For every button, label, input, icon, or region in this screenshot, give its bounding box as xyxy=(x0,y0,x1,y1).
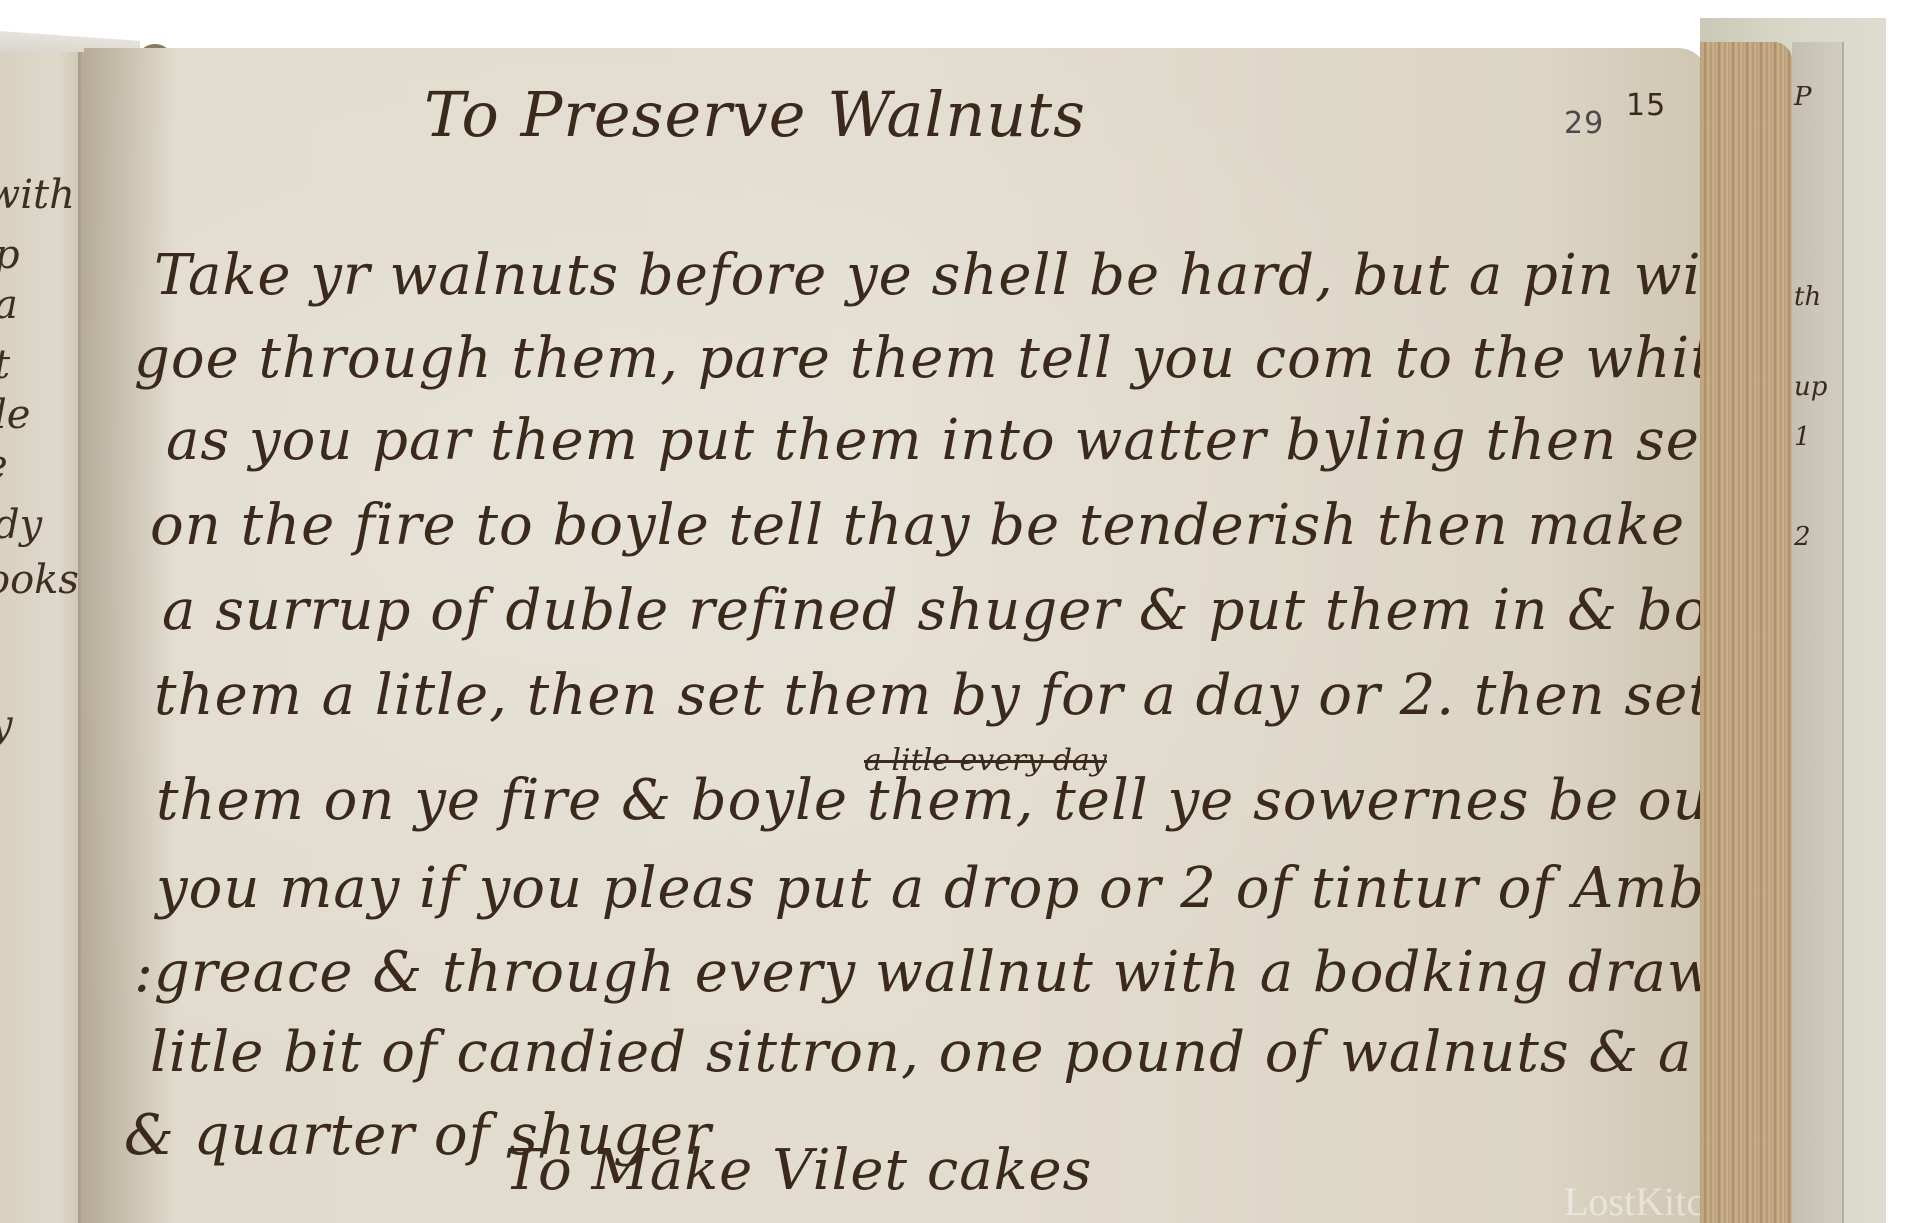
watermark: LostKitchenScrolls.org xyxy=(1564,1178,1708,1223)
recipe-line: litle bit of candied sittron, one pound … xyxy=(150,1020,1708,1085)
page-edges-stack xyxy=(1700,42,1792,1223)
edge-fragment: P xyxy=(1794,82,1812,112)
page-number: 29 xyxy=(1564,106,1604,141)
recipe-line: a surrup of duble refined shuger & put t… xyxy=(162,578,1708,643)
facing-leaf-edge: P th up 1 2 xyxy=(1792,42,1844,1223)
recipe-line: goe through them, pare them tell you com… xyxy=(134,326,1708,391)
recipe-line: as you par them put them into watter byl… xyxy=(166,408,1708,473)
manuscript-page: To Preserve Walnuts 29 15 Take yr walnut… xyxy=(84,48,1708,1223)
edge-fragment: 2 xyxy=(1794,522,1811,552)
left-fragment: e xyxy=(0,442,8,488)
left-fragment: with xyxy=(0,172,75,218)
next-recipe-title: To Make Vilet cakes xyxy=(504,1138,1092,1203)
left-fragment: y xyxy=(0,702,13,748)
left-fragment: ooks xyxy=(0,557,79,603)
recipe-line: them on ye fire & boyle them, tell ye so… xyxy=(156,768,1708,833)
page-number-alt: 15 xyxy=(1626,88,1666,123)
left-page-fragment: with p a t le e dy ooks y xyxy=(0,52,82,1223)
recipe-line: :greace & through every wallnut with a b… xyxy=(134,940,1708,1005)
edge-fragment: 1 xyxy=(1794,422,1811,452)
left-fragment: le xyxy=(0,392,30,438)
recipe-line: Take yr walnuts before ye shell be hard,… xyxy=(154,243,1708,308)
left-fragment: a xyxy=(0,282,18,328)
left-fragment: dy xyxy=(0,502,42,548)
left-fragment: p xyxy=(0,232,20,278)
edge-fragment: up xyxy=(1794,372,1827,402)
edge-fragment: th xyxy=(1794,282,1821,312)
recipe-title: To Preserve Walnuts xyxy=(424,78,1086,151)
recipe-line: you may if you pleas put a drop or 2 of … xyxy=(156,856,1708,921)
recipe-line: them a litle, then set them by for a day… xyxy=(154,663,1708,728)
left-fragment: t xyxy=(0,342,10,388)
recipe-line: on the fire to boyle tell thay be tender… xyxy=(150,493,1685,558)
